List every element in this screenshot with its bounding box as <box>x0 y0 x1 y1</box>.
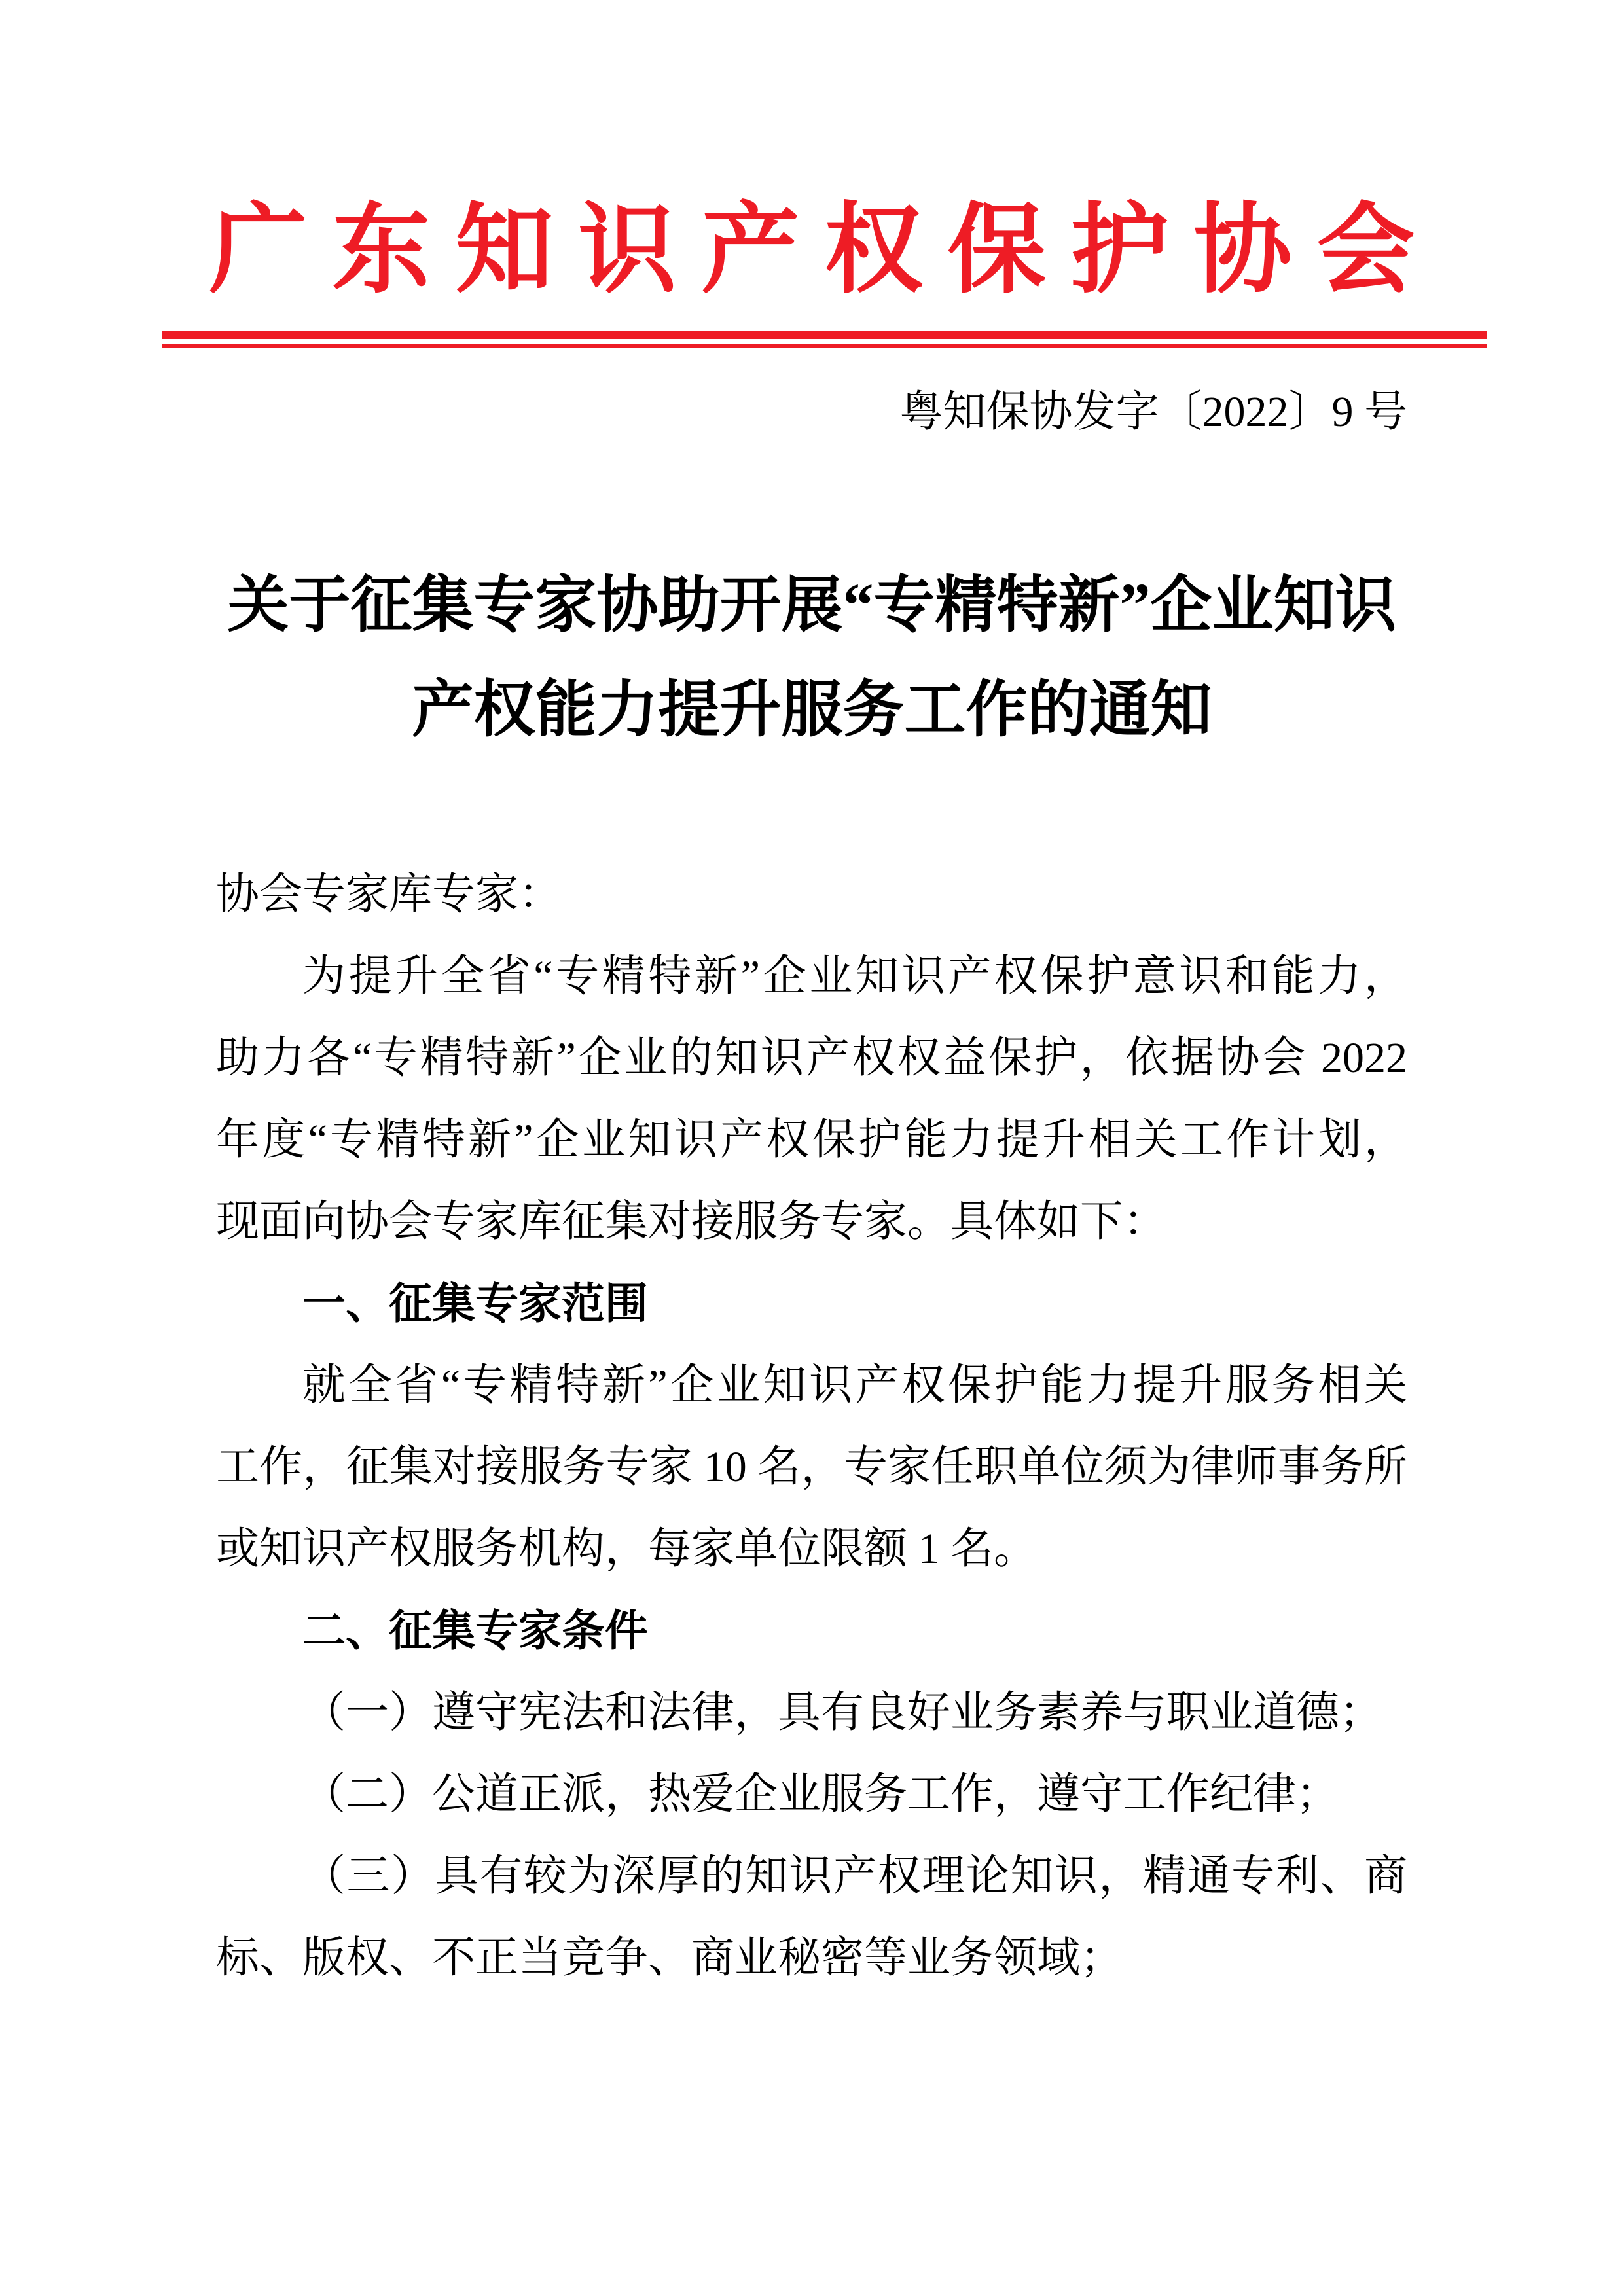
paragraph-line: 工作，征集对接服务专家 10 名，专家任职单位须为律师事务所 <box>216 1426 1407 1508</box>
paragraph-line: 年度“专精特新”企业知识产权保护能力提升相关工作计划， <box>216 1099 1407 1181</box>
paragraph-line: 助力各“专精特新”企业的知识产权权益保护，依据协会 2022 <box>216 1017 1407 1099</box>
paragraph-line: 就全省“专精特新”企业知识产权保护能力提升服务相关 <box>216 1344 1407 1426</box>
condition-item-3-line: （三）具有较为深厚的知识产权理论知识，精通专利、商 <box>216 1835 1407 1917</box>
condition-item-1: （一）遵守宪法和法律，具有良好业务素养与职业道德； <box>216 1672 1407 1753</box>
letterhead-rule-thick <box>162 331 1487 339</box>
paragraph-line: 现面向协会专家库征集对接服务专家。具体如下： <box>216 1181 1407 1263</box>
doc-body: 协会专家库专家： 为提升全省“专精特新”企业知识产权保护意识和能力， 助力各“专… <box>216 853 1407 1999</box>
doc-title: 关于征集专家协助开展“专精特新”企业知识 产权能力提升服务工作的通知 <box>0 553 1624 762</box>
salutation: 协会专家库专家： <box>216 853 1407 935</box>
section-heading-1: 一、征集专家范围 <box>216 1263 1407 1344</box>
condition-item-3-line: 标、版权、不正当竞争、商业秘密等业务领域； <box>216 1917 1407 1999</box>
paragraph-line: 或知识产权服务机构，每家单位限额 1 名。 <box>216 1508 1407 1590</box>
section-heading-2: 二、征集专家条件 <box>216 1590 1407 1672</box>
condition-item-2: （二）公道正派，热爱企业服务工作，遵守工作纪律； <box>216 1753 1407 1835</box>
letterhead-rule-thin <box>162 344 1487 348</box>
paragraph-line: 为提升全省“专精特新”企业知识产权保护意识和能力， <box>216 935 1407 1017</box>
doc-title-line-1: 关于征集专家协助开展“专精特新”企业知识 <box>0 553 1624 658</box>
official-notice-document: 广东知识产权保护协会 粤知保协发字〔2022〕9 号 关于征集专家协助开展“专精… <box>0 0 1624 2296</box>
doc-reference-number: 粤知保协发字〔2022〕9 号 <box>216 383 1407 442</box>
doc-title-line-2: 产权能力提升服务工作的通知 <box>0 658 1624 762</box>
letterhead-org-title: 广东知识产权保护协会 <box>0 188 1624 313</box>
